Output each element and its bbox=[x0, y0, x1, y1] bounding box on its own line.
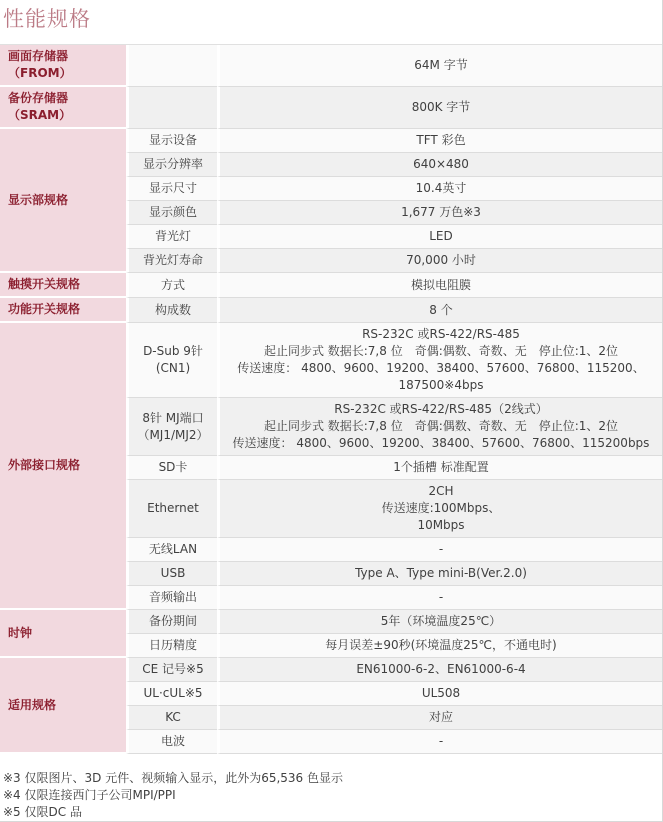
category-cell: 时钟 bbox=[0, 610, 126, 658]
value-cell: 对应 bbox=[217, 706, 662, 730]
sub-label-cell: 日历精度 bbox=[126, 634, 217, 658]
spec-row: 时钟备份期间5年（环境温度25℃） bbox=[0, 610, 662, 634]
value-cell: 8 个 bbox=[217, 298, 662, 323]
category-cell: 功能开关规格 bbox=[0, 298, 126, 323]
sub-label-cell: SD卡 bbox=[126, 456, 217, 480]
value-cell: 10.4英寸 bbox=[217, 177, 662, 201]
value-cell: 1个插槽 标准配置 bbox=[217, 456, 662, 480]
sub-label-cell: 显示尺寸 bbox=[126, 177, 217, 201]
value-cell: 70,000 小时 bbox=[217, 249, 662, 273]
sub-label-cell: 构成数 bbox=[126, 298, 217, 323]
footnotes: ※3 仅限图片、3D 元件、视频输入显示，此外为65,536 色显示※4 仅限连… bbox=[3, 770, 662, 820]
sub-label-cell: 显示分辨率 bbox=[126, 153, 217, 177]
value-cell: EN61000-6-2、EN61000-6-4 bbox=[217, 658, 662, 682]
value-cell: 64M 字节 bbox=[217, 45, 662, 87]
value-cell: - bbox=[217, 538, 662, 562]
sub-label-cell: 背光灯 bbox=[126, 225, 217, 249]
spec-row: 显示部规格显示设备TFT 彩色 bbox=[0, 129, 662, 153]
spec-page: 性能规格 画面存储器 （FROM）64M 字节备份存储器 （SRAM）800K … bbox=[0, 0, 663, 822]
sub-label-cell: Ethernet bbox=[126, 480, 217, 538]
category-cell: 触摸开关规格 bbox=[0, 273, 126, 298]
sub-label-cell: 方式 bbox=[126, 273, 217, 298]
value-cell: - bbox=[217, 730, 662, 754]
footnote: ※5 仅限DC 品 bbox=[3, 804, 662, 820]
spec-table: 画面存储器 （FROM）64M 字节备份存储器 （SRAM）800K 字节显示部… bbox=[0, 44, 662, 754]
sub-label-cell: 电波 bbox=[126, 730, 217, 754]
category-cell: 适用规格 bbox=[0, 658, 126, 754]
spec-row: 外部接口规格D-Sub 9针 (CN1)RS-232C 或RS-422/RS-4… bbox=[0, 323, 662, 398]
value-cell: RS-232C 或RS-422/RS-485 起止同步式 数据长:7,8 位 奇… bbox=[217, 323, 662, 398]
footnote: ※4 仅限连接西门子公司MPI/PPI bbox=[3, 787, 662, 803]
value-cell: - bbox=[217, 586, 662, 610]
value-cell: Type A、Type mini-B(Ver.2.0) bbox=[217, 562, 662, 586]
value-cell: 5年（环境温度25℃） bbox=[217, 610, 662, 634]
sub-label-cell: 音频输出 bbox=[126, 586, 217, 610]
category-cell: 备份存储器 （SRAM） bbox=[0, 87, 126, 129]
value-cell: 640×480 bbox=[217, 153, 662, 177]
category-cell: 显示部规格 bbox=[0, 129, 126, 273]
sub-label-cell: KC bbox=[126, 706, 217, 730]
value-cell: 2CH 传送速度:100Mbps、 10Mbps bbox=[217, 480, 662, 538]
spec-row: 触摸开关规格方式模拟电阻膜 bbox=[0, 273, 662, 298]
page-title: 性能规格 bbox=[3, 6, 662, 32]
value-cell: RS-232C 或RS-422/RS-485（2线式） 起止同步式 数据长:7,… bbox=[217, 398, 662, 456]
value-cell: 模拟电阻膜 bbox=[217, 273, 662, 298]
sub-label-cell: CE 记号※5 bbox=[126, 658, 217, 682]
sub-label-cell: 备份期间 bbox=[126, 610, 217, 634]
sub-label-cell: 显示设备 bbox=[126, 129, 217, 153]
spec-table-body: 画面存储器 （FROM）64M 字节备份存储器 （SRAM）800K 字节显示部… bbox=[0, 45, 662, 754]
sub-label-cell: D-Sub 9针 (CN1) bbox=[126, 323, 217, 398]
spec-row: 备份存储器 （SRAM）800K 字节 bbox=[0, 87, 662, 129]
sub-label-cell bbox=[126, 87, 217, 129]
spec-row: 适用规格CE 记号※5EN61000-6-2、EN61000-6-4 bbox=[0, 658, 662, 682]
sub-label-cell: UL·cUL※5 bbox=[126, 682, 217, 706]
value-cell: 800K 字节 bbox=[217, 87, 662, 129]
value-cell: UL508 bbox=[217, 682, 662, 706]
sub-label-cell: USB bbox=[126, 562, 217, 586]
sub-label-cell bbox=[126, 45, 217, 87]
category-cell: 画面存储器 （FROM） bbox=[0, 45, 126, 87]
sub-label-cell: 显示颜色 bbox=[126, 201, 217, 225]
footnote: ※3 仅限图片、3D 元件、视频输入显示，此外为65,536 色显示 bbox=[3, 770, 662, 786]
sub-label-cell: 背光灯寿命 bbox=[126, 249, 217, 273]
value-cell: 每月误差±90秒(环境温度25℃，不通电时) bbox=[217, 634, 662, 658]
spec-row: 画面存储器 （FROM）64M 字节 bbox=[0, 45, 662, 87]
value-cell: TFT 彩色 bbox=[217, 129, 662, 153]
sub-label-cell: 8针 MJ端口 （MJ1/MJ2） bbox=[126, 398, 217, 456]
value-cell: 1,677 万色※3 bbox=[217, 201, 662, 225]
value-cell: LED bbox=[217, 225, 662, 249]
sub-label-cell: 无线LAN bbox=[126, 538, 217, 562]
category-cell: 外部接口规格 bbox=[0, 323, 126, 610]
spec-row: 功能开关规格构成数8 个 bbox=[0, 298, 662, 323]
